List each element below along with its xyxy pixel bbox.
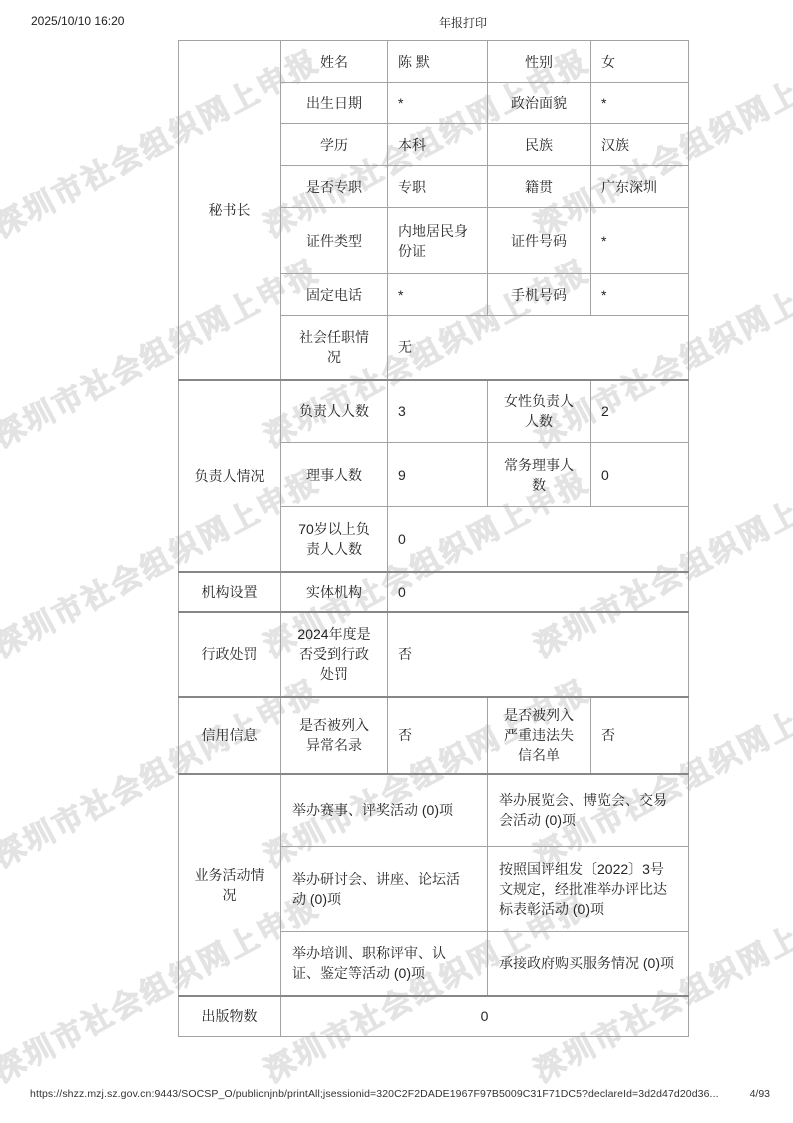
fulltime-label: 是否专职 <box>281 166 388 208</box>
footer-url: https://shzz.mzj.sz.gov.cn:9443/SOCSP_O/… <box>30 1088 719 1100</box>
page-title: 年报打印 <box>439 14 487 31</box>
mobile-label: 手机号码 <box>488 274 591 316</box>
political-status-value: * <box>591 83 689 124</box>
over70-leader-label: 70岁以上负责人人数 <box>281 507 388 572</box>
activity-exhibition: 举办展览会、博览会、交易会活动 (0)项 <box>488 774 689 847</box>
entity-org-label: 实体机构 <box>281 572 388 612</box>
section-label-leaders: 负责人情况 <box>179 380 281 572</box>
id-number-label: 证件号码 <box>488 208 591 274</box>
director-count-value: 9 <box>388 443 488 507</box>
activity-training: 举办培训、职称评审、认证、鉴定等活动 (0)项 <box>281 932 488 996</box>
over70-leader-value: 0 <box>388 507 689 572</box>
dishonest-list-label: 是否被列入严重违法失信名单 <box>488 697 591 774</box>
section-label-secretary: 秘书长 <box>179 41 281 380</box>
abnormal-list-label: 是否被列入异常名录 <box>281 697 388 774</box>
female-leader-count-label: 女性负责人人数 <box>488 380 591 443</box>
annual-report-table: 秘书长 姓名 陈 默 性别 女 出生日期 * 政治面貌 * 学历 本科 民族 汉… <box>178 40 689 1037</box>
name-value: 陈 默 <box>388 41 488 83</box>
social-post-value: 无 <box>388 316 689 380</box>
print-timestamp: 2025/10/10 16:20 <box>31 14 124 28</box>
id-number-value: * <box>591 208 689 274</box>
education-value: 本科 <box>388 124 488 166</box>
section-label-credit: 信用信息 <box>179 697 281 774</box>
female-leader-count-value: 2 <box>591 380 689 443</box>
landline-label: 固定电话 <box>281 274 388 316</box>
social-post-label: 社会任职情况 <box>281 316 388 380</box>
native-place-label: 籍贯 <box>488 166 591 208</box>
exec-director-count-label: 常务理事人数 <box>488 443 591 507</box>
id-type-label: 证件类型 <box>281 208 388 274</box>
fulltime-value: 专职 <box>388 166 488 208</box>
exec-director-count-value: 0 <box>591 443 689 507</box>
leader-count-label: 负责人人数 <box>281 380 388 443</box>
ethnicity-value: 汉族 <box>591 124 689 166</box>
gender-value: 女 <box>591 41 689 83</box>
activity-commendation: 按照国评组发〔2022〕3号文规定，经批准举办评比达标表彰活动 (0)项 <box>488 847 689 932</box>
gender-label: 性别 <box>488 41 591 83</box>
print-page: 深圳市社会组织网上申报 深圳市社会组织网上申报 深圳市社会组织网上申报 深圳市社… <box>0 0 793 1123</box>
education-label: 学历 <box>281 124 388 166</box>
landline-value: * <box>388 274 488 316</box>
id-type-value: 内地居民身份证 <box>388 208 488 274</box>
abnormal-list-value: 否 <box>388 697 488 774</box>
birth-date-value: * <box>388 83 488 124</box>
mobile-value: * <box>591 274 689 316</box>
page-footer: https://shzz.mzj.sz.gov.cn:9443/SOCSP_O/… <box>30 1088 770 1100</box>
section-label-organization: 机构设置 <box>179 572 281 612</box>
birth-date-label: 出生日期 <box>281 83 388 124</box>
publications-count-value: 0 <box>281 996 689 1037</box>
activity-gov-purchase: 承接政府购买服务情况 (0)项 <box>488 932 689 996</box>
penalty-label: 2024年度是否受到行政处罚 <box>281 612 388 697</box>
ethnicity-label: 民族 <box>488 124 591 166</box>
native-place-value: 广东深圳 <box>591 166 689 208</box>
section-label-penalty: 行政处罚 <box>179 612 281 697</box>
director-count-label: 理事人数 <box>281 443 388 507</box>
activity-contest: 举办赛事、评奖活动 (0)项 <box>281 774 488 847</box>
page-number: 4/93 <box>750 1088 770 1100</box>
political-status-label: 政治面貌 <box>488 83 591 124</box>
leader-count-value: 3 <box>388 380 488 443</box>
activity-seminar: 举办研讨会、讲座、论坛活动 (0)项 <box>281 847 488 932</box>
dishonest-list-value: 否 <box>591 697 689 774</box>
penalty-value: 否 <box>388 612 689 697</box>
entity-org-value: 0 <box>388 572 689 612</box>
section-label-publications: 出版物数 <box>179 996 281 1037</box>
section-label-activities: 业务活动情况 <box>179 774 281 996</box>
name-label: 姓名 <box>281 41 388 83</box>
